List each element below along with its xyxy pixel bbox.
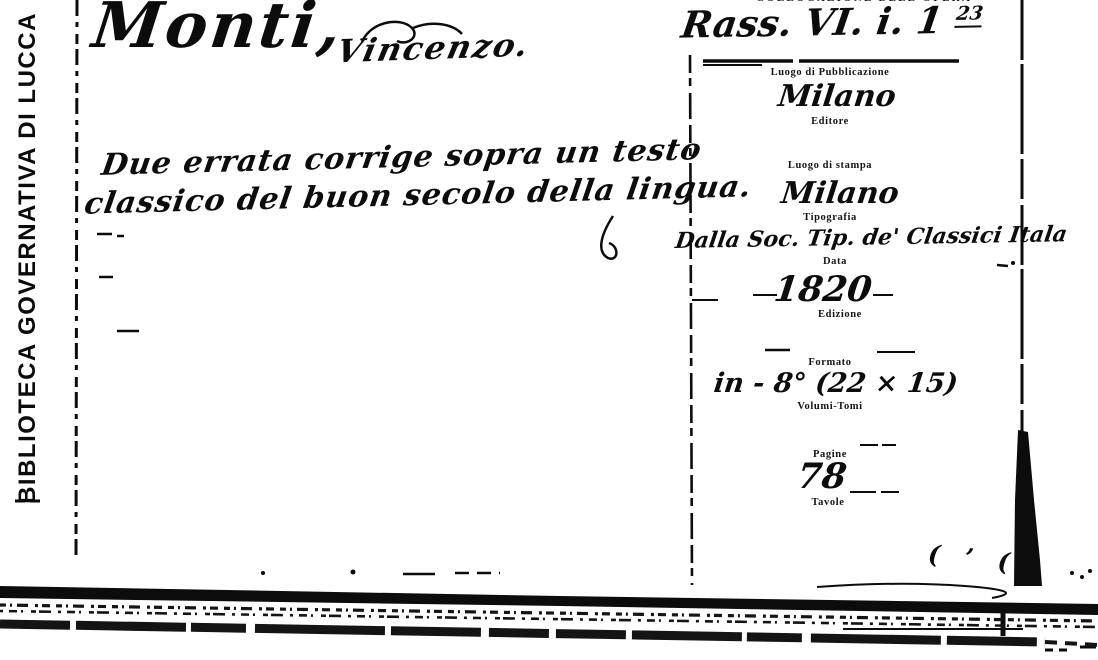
ink-blob <box>1014 430 1042 586</box>
pen-flourish <box>601 216 616 259</box>
scan-artifacts <box>0 0 1098 660</box>
card-edge-band <box>0 586 1098 615</box>
pen-flourish <box>362 22 462 43</box>
